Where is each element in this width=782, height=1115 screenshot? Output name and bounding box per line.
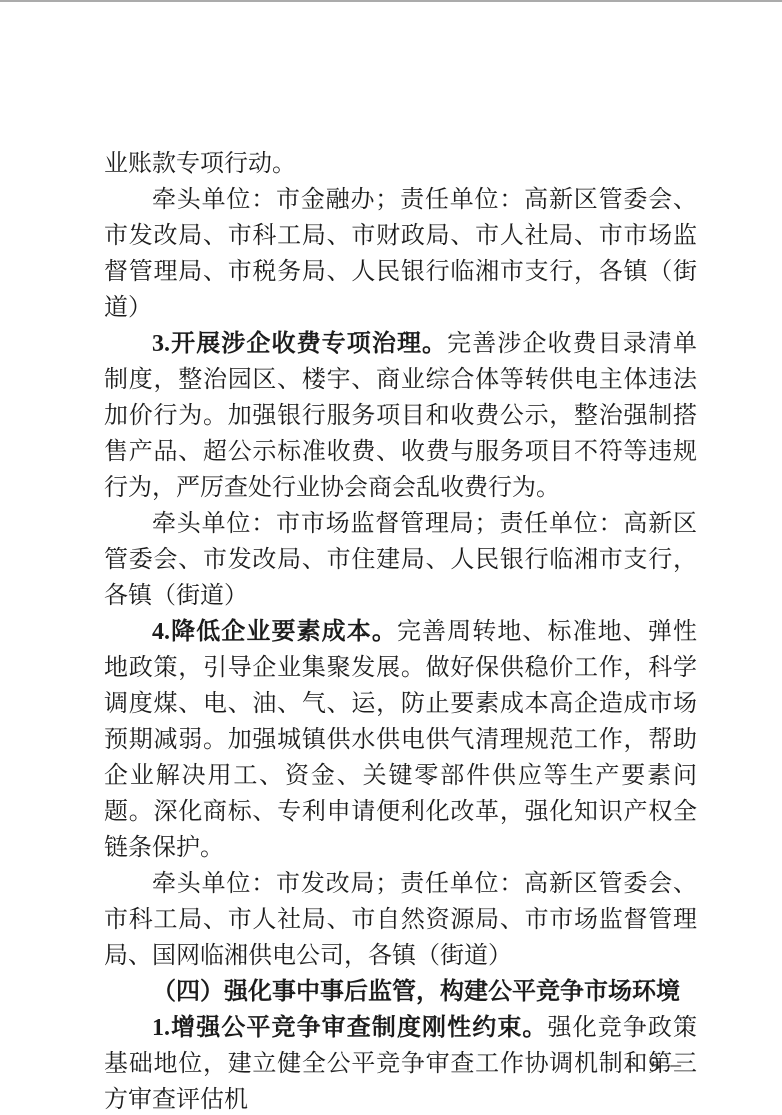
paragraph-text: 牵头单位：市金融办；责任单位：高新区管委会、市发改局、市科工局、市财政局、市人社…	[104, 187, 697, 321]
paragraph-text: 牵头单位：市市场监督管理局；责任单位：高新区管委会、市发改局、市住建局、人民银行…	[104, 511, 697, 609]
paragraph-text: 牵头单位：市发改局；责任单位：高新区管委会、市科工局、市人社局、市自然资源局、市…	[104, 871, 697, 969]
section-heading-4: （四）强化事中事后监管，构建公平竞争市场环境	[104, 974, 697, 1010]
paragraph-item-1: 1.增强公平竞争审查制度刚性约束。强化竞争政策基础地位，建立健全公平竞争审查工作…	[104, 1010, 697, 1115]
paragraph-text: 完善周转地、标准地、弹性地政策，引导企业集聚发展。做好保供稳价工作，科学调度煤、…	[104, 619, 697, 861]
paragraph-responsible-units-3: 牵头单位：市发改局；责任单位：高新区管委会、市科工局、市人社局、市自然资源局、市…	[104, 866, 697, 974]
paragraph-responsible-units-2: 牵头单位：市市场监督管理局；责任单位：高新区管委会、市发改局、市住建局、人民银行…	[104, 506, 697, 614]
scan-artifact-line	[0, 0, 782, 2]
paragraph-continuation: 业账款专项行动。	[104, 146, 697, 182]
document-body: 业账款专项行动。 牵头单位：市金融办；责任单位：高新区管委会、市发改局、市科工局…	[104, 146, 697, 1115]
document-page: 业账款专项行动。 牵头单位：市金融办；责任单位：高新区管委会、市发改局、市科工局…	[0, 0, 782, 1115]
paragraph-item-3: 3.开展涉企收费专项治理。完善涉企收费目录清单制度，整治园区、楼宇、商业综合体等…	[104, 326, 697, 506]
section-heading-text: （四）强化事中事后监管，构建公平竞争市场环境	[152, 979, 680, 1005]
paragraph-responsible-units-1: 牵头单位：市金融办；责任单位：高新区管委会、市发改局、市科工局、市财政局、市人社…	[104, 182, 697, 326]
paragraph-lead: 4.降低企业要素成本。	[152, 619, 397, 645]
paragraph-lead: 1.增强公平竞争审查制度刚性约束。	[152, 1015, 548, 1041]
paragraph-text: 业账款专项行动。	[104, 151, 296, 177]
paragraph-item-4: 4.降低企业要素成本。完善周转地、标准地、弹性地政策，引导企业集聚发展。做好保供…	[104, 614, 697, 866]
page-number: – 9 –	[627, 1051, 684, 1077]
paragraph-lead: 3.开展涉企收费专项治理。	[152, 331, 447, 357]
